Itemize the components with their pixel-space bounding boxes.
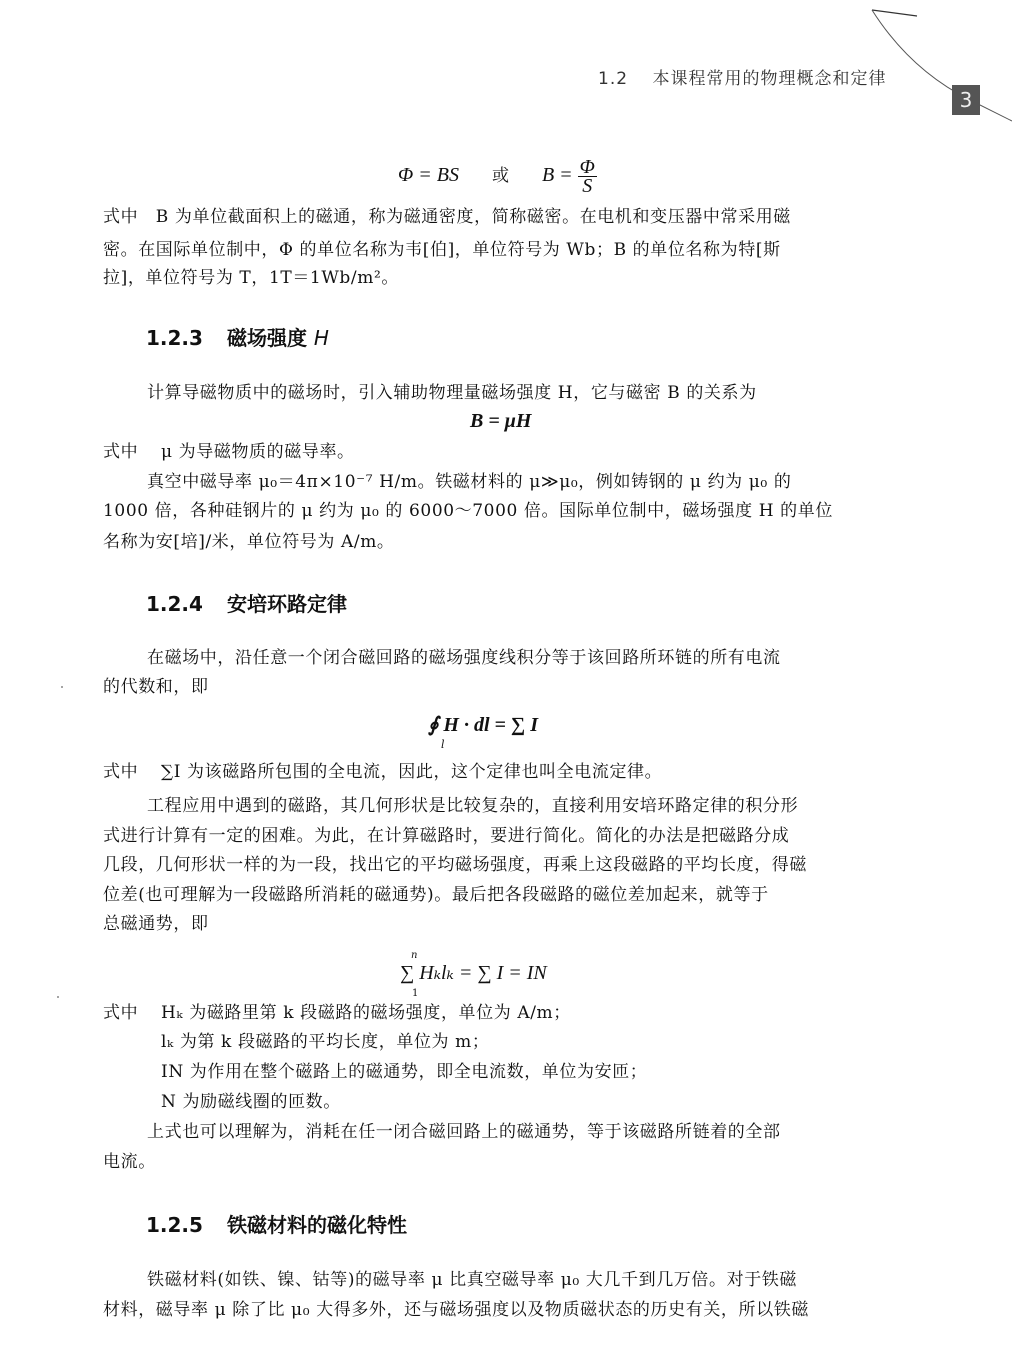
para2-line-1: 计算导磁物质中的磁场时，引入辅助物理量磁场强度 H，它与磁密 B 的关系为 xyxy=(147,383,913,403)
para2-line-4: 名称为安[培]/米，单位符号为 A/m。 xyxy=(103,532,913,552)
section-title: 铁磁材料的磁化特性 xyxy=(227,1213,407,1237)
para1-line-1: 式中 B 为单位截面积上的磁通，称为磁通密度，简称磁密。在电机和变压器中常采用磁 xyxy=(103,207,913,227)
header-section-number: 1.2 xyxy=(598,69,628,89)
section-heading-1-2-4: 1.2.4安培环路定律 xyxy=(146,588,347,617)
equation-flux: Φ = BS 或 B = Φ S xyxy=(398,158,597,195)
para3-line-1: 在磁场中，沿任意一个闭合磁回路的磁场强度线积分等于该回路所环链的所有电流 xyxy=(147,648,913,668)
section-heading-1-2-5: 1.2.5铁磁材料的磁化特性 xyxy=(146,1209,407,1238)
section-number: 1.2.3 xyxy=(146,326,203,350)
page-number: 3 xyxy=(952,85,980,115)
para4-closing-2: 电流。 xyxy=(103,1152,913,1172)
where-text: ∑I 为该磁路所包围的全电流，因此，这个定律也叫全电流定律。 xyxy=(161,762,662,782)
where-label: 式中 xyxy=(103,1003,161,1023)
para4-line-3: 几段，几何形状一样的为一段，找出它的平均磁场强度，再乘上这段磁路的平均长度，得磁 xyxy=(103,855,913,875)
fraction-phi-over-s: Φ S xyxy=(578,158,597,195)
section-number: 1.2.5 xyxy=(146,1213,203,1237)
section-title: 安培环路定律 xyxy=(227,592,347,616)
para4-where-2: lₖ 为第 k 段磁路的平均长度，单位为 m； xyxy=(161,1032,971,1052)
para1-line-3: 拉]，单位符号为 T，1T＝1Wb/m²。 xyxy=(103,268,913,288)
equation-or: 或 xyxy=(492,166,509,186)
scan-speck xyxy=(57,996,59,998)
header-section-title: 本课程常用的物理概念和定律 xyxy=(652,69,886,89)
para3-where: 式中∑I 为该磁路所包围的全电流，因此，这个定律也叫全电流定律。 xyxy=(103,762,913,782)
para2-line-3: 1000 倍，各种硅钢片的 μ 约为 μ₀ 的 6000～7000 倍。国际单位… xyxy=(103,501,913,521)
para4-line-2: 式进行计算有一定的困难。为此，在计算磁路时，要进行简化。简化的办法是把磁路分成 xyxy=(103,826,913,846)
para2-where: 式中μ 为导磁物质的磁导率。 xyxy=(103,442,913,462)
para4-where-3: IN 为作用在整个磁路上的磁通势，即全电流数，单位为安匝； xyxy=(161,1062,971,1082)
equation-flux-right-lhs: B = xyxy=(542,164,573,186)
section-number: 1.2.4 xyxy=(146,592,203,616)
where-item: Hₖ 为磁路里第 k 段磁路的磁场强度，单位为 A/m； xyxy=(161,1003,571,1023)
para3-line-2: 的代数和，即 xyxy=(103,677,913,697)
para4-line-1: 工程应用中遇到的磁路，其几何形状是比较复杂的，直接利用安培环路定律的积分形 xyxy=(147,796,913,816)
para4-line-5: 总磁通势，即 xyxy=(103,914,913,934)
equation-b-mu-h: B = μH xyxy=(470,410,531,433)
where-label: 式中 xyxy=(103,762,161,782)
para4-line-4: 位差(也可理解为一段磁路所消耗的磁通势)。最后把各段磁路的磁位差加起来，就等于 xyxy=(103,885,913,905)
where-text: μ 为导磁物质的磁导率。 xyxy=(161,442,355,462)
section-symbol: H xyxy=(314,326,329,350)
section-heading-1-2-3: 1.2.3磁场强度 H xyxy=(146,322,329,351)
equation-magnetic-circuit: ∑ Hₖlₖ = ∑ I = IN xyxy=(400,960,547,985)
section-title: 磁场强度 xyxy=(227,326,307,350)
fraction-denominator: S xyxy=(578,177,597,195)
para4-where-1: 式中Hₖ 为磁路里第 k 段磁路的磁场强度，单位为 A/m； xyxy=(103,1003,913,1023)
para2-line-2: 真空中磁导率 μ₀＝4π×10⁻⁷ H/m。铁磁材料的 μ≫μ₀，例如铸钢的 μ… xyxy=(147,472,913,492)
para5-line-1: 铁磁材料(如铁、镍、钴等)的磁导率 μ 比真空磁导率 μ₀ 大几千到几万倍。对于… xyxy=(147,1270,913,1290)
sum-lower-limit: 1 xyxy=(412,988,418,999)
where-label: 式中 xyxy=(103,442,161,462)
equation-flux-left: Φ = BS xyxy=(398,164,459,186)
scan-speck xyxy=(61,686,63,688)
para4-where-4: N 为励磁线圈的匝数。 xyxy=(161,1092,971,1112)
equation-ampere-law: ∮ H · dl = ∑ I xyxy=(428,712,538,737)
running-header: 1.2 本课程常用的物理概念和定律 xyxy=(598,64,886,89)
para1-line-2: 密。在国际单位制中，Φ 的单位名称为韦[伯]，单位符号为 Wb；B 的单位名称为… xyxy=(103,240,913,260)
para5-line-2: 材料，磁导率 μ 除了比 μ₀ 大得多外，还与磁场强度以及物质磁状态的历史有关，… xyxy=(103,1300,913,1320)
integral-lower-limit: l xyxy=(441,738,445,751)
para4-closing-1: 上式也可以理解为，消耗在任一闭合磁回路上的磁通势，等于该磁路所链着的全部 xyxy=(147,1122,913,1142)
